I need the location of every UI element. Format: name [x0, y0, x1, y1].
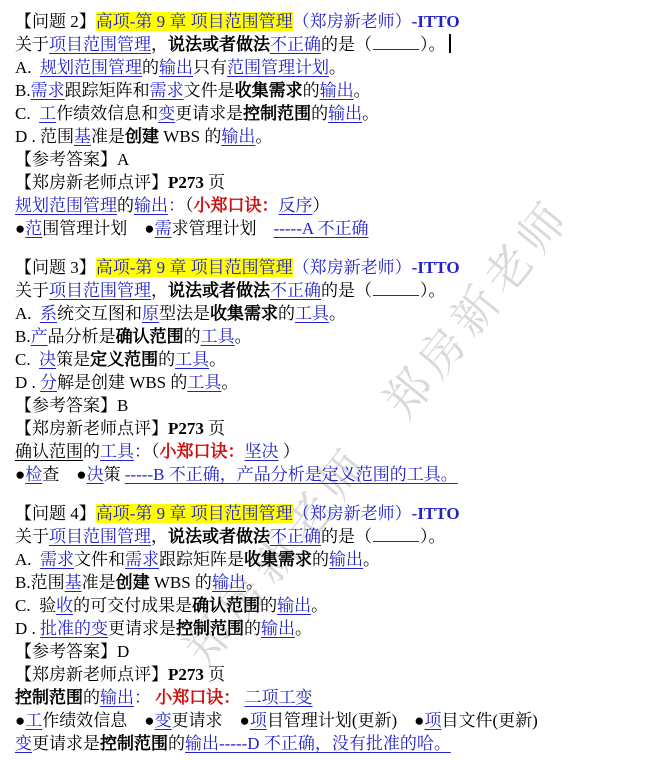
text-run: 小郑口诀：	[160, 442, 245, 461]
blank-field	[373, 281, 419, 296]
text-run: 求管理计划	[172, 219, 257, 238]
text-run: C.	[15, 104, 39, 123]
text-run: 【郑房新老师点评】	[15, 173, 168, 192]
text-run: 目管理计划(更新)	[267, 711, 397, 730]
text-run: B.	[15, 327, 31, 346]
text-line: 关于项目范围管理，说法或者做法不正确的是（）。	[15, 33, 650, 56]
text-run: 跟踪矩阵是	[159, 550, 244, 569]
text-line: 【参考答案】A	[15, 148, 650, 171]
text-run: 【参考答案】	[15, 396, 117, 415]
text-run: ●	[223, 711, 250, 730]
text-run: 说法或者做法	[168, 527, 270, 546]
text-run: 的是（	[321, 35, 372, 54]
document-page: 郑房新老师 郑房新老师 【问题 2】高项-第 9 章 项目范围管理（郑房新老师）…	[0, 0, 660, 760]
link-text[interactable]: 输出	[320, 81, 354, 100]
text-run: 解是创建 WBS 的	[57, 373, 187, 392]
text-run: 跟踪矩阵和	[65, 81, 150, 100]
text-run: ●	[127, 711, 154, 730]
text-run: 。	[209, 350, 226, 369]
link-text[interactable]: 检	[25, 465, 42, 484]
text-run: P273	[168, 419, 204, 438]
text-run: 的	[244, 619, 261, 638]
text-run: 页	[204, 665, 225, 684]
text-run: 确认范围	[15, 442, 83, 461]
text-line: 【参考答案】D	[15, 640, 650, 663]
text-run: C.	[15, 596, 39, 615]
text-run: ）。	[420, 281, 446, 300]
text-run: 准是	[82, 573, 116, 592]
text-run: 收集需求	[244, 550, 312, 569]
text-run: 。	[255, 127, 272, 146]
text-run: A.	[15, 550, 40, 569]
question-block-q4: 【问题 4】高项-第 9 章 项目范围管理（郑房新老师）-ITTO关于项目范围管…	[15, 502, 650, 755]
text-run: （郑房新老师）	[293, 258, 412, 277]
link-text[interactable]: 批准的变	[40, 619, 108, 638]
link-text[interactable]: 输出	[328, 104, 362, 123]
text-run: A.	[15, 58, 40, 77]
link-text[interactable]: 工具	[187, 373, 221, 392]
link-text[interactable]: 工	[25, 711, 42, 730]
link-text[interactable]: 项	[424, 711, 441, 730]
text-run: ，	[151, 527, 168, 546]
text-line: ●范围管理计划 ●需求管理计划 -----A 不正确	[15, 217, 650, 240]
question-block-q3: 【问题 3】高项-第 9 章 项目范围管理（郑房新老师）-ITTO关于项目范围管…	[15, 256, 650, 486]
text-run: 确认范围	[192, 596, 260, 615]
link-text[interactable]: 需求	[40, 550, 74, 569]
text-run: D .	[15, 127, 40, 146]
text-run: P273	[168, 173, 204, 192]
text-run: B.	[15, 573, 31, 592]
text-run: 小郑口诀：	[155, 688, 240, 707]
text-run: （	[151, 442, 160, 461]
text-run: 。	[295, 619, 312, 638]
text-line: 确认范围的工具：（小郑口诀：坚决 ）	[15, 440, 650, 463]
link-text[interactable]: 输出	[212, 573, 246, 592]
text-run: 范围	[40, 127, 74, 146]
text-run: 统交互图和	[57, 304, 142, 323]
document-body: 【问题 2】高项-第 9 章 项目范围管理（郑房新老师）-ITTO关于项目范围管…	[0, 0, 660, 755]
text-line: D . 批准的变更请求是控制范围的输出。	[15, 617, 650, 640]
text-line: D . 范围基准是创建 WBS 的输出。	[15, 125, 650, 148]
text-run: 【问题 4】	[15, 504, 96, 523]
text-run: D .	[15, 373, 40, 392]
text-run: A.	[15, 304, 40, 323]
text-run: 更请求是	[108, 619, 176, 638]
link-text[interactable]: 工具	[100, 442, 134, 461]
text-run: 【参考答案】	[15, 150, 117, 169]
link-text[interactable]: 工具	[201, 327, 235, 346]
text-run: WBS 的	[159, 127, 221, 146]
text-run: 的	[184, 327, 201, 346]
link-text[interactable]: 需	[155, 219, 172, 238]
text-run: 定义范围	[90, 350, 158, 369]
link-text[interactable]: 输出	[329, 550, 363, 569]
link-text[interactable]: 项目范围管理	[49, 281, 151, 300]
text-line: 控制范围的输出： 小郑口诀： 二项工变	[15, 686, 650, 709]
text-run: -ITTO	[412, 258, 460, 277]
link-text[interactable]: 决	[39, 350, 56, 369]
text-line: C. 决策是定义范围的工具。	[15, 348, 650, 371]
text-line: ●检查 ●决策 -----B 不正确，产品分析是定义范围的工具。	[15, 463, 650, 486]
text-run: 的	[311, 104, 328, 123]
link-text[interactable]: 规划范围管理	[15, 196, 117, 215]
text-run: D .	[15, 619, 40, 638]
text-run: 目文件(更新)	[441, 711, 537, 730]
text-line: A. 规划范围管理的输出只有范围管理计划。	[15, 56, 650, 79]
text-run: 只有	[193, 58, 227, 77]
text-run: 的可交付成果是	[73, 596, 192, 615]
text-line: B.范围基准是创建 WBS 的输出。	[15, 571, 650, 594]
text-run: 型法是	[159, 304, 210, 323]
link-text[interactable]: 工	[39, 104, 56, 123]
text-run: ）。	[420, 527, 446, 546]
text-run: 页	[204, 173, 225, 192]
text-run: 关于	[15, 35, 49, 54]
text-run: 关于	[15, 281, 49, 300]
text-run: ，	[151, 35, 168, 54]
text-run: 的	[312, 550, 329, 569]
text-run: ●	[127, 219, 154, 238]
text-run: 的	[117, 196, 134, 215]
link-text[interactable]: 变	[155, 711, 172, 730]
link-text[interactable]: 输出	[261, 619, 295, 638]
link-text[interactable]: 系	[40, 304, 57, 323]
link-text[interactable]: 不正确	[270, 527, 321, 546]
text-run: 。	[363, 550, 380, 569]
link-text[interactable]: 输出	[277, 596, 311, 615]
link-text[interactable]: 坚决	[245, 442, 279, 461]
link-text[interactable]: 基	[65, 573, 82, 592]
text-run: 。	[246, 573, 263, 592]
text-run: 。	[221, 373, 238, 392]
text-run: 控制范围	[15, 688, 83, 707]
text-run: 。	[329, 58, 346, 77]
link-text[interactable]: 需求	[125, 550, 159, 569]
text-run: 的	[83, 688, 100, 707]
text-run: 收集需求	[210, 304, 278, 323]
link-text[interactable]: 需求	[150, 81, 184, 100]
text-run: 控制范围	[176, 619, 244, 638]
text-run: 创建	[125, 127, 159, 146]
text-line: ●工作绩效信息 ●变更请求 ●项目管理计划(更新) ●项目文件(更新)	[15, 709, 650, 732]
text-run: 更请求是	[175, 104, 243, 123]
highlight-text: 高项-第 9 章 项目范围管理	[96, 258, 293, 277]
link-text[interactable]: 工具	[295, 304, 329, 323]
text-run: ：	[168, 196, 185, 215]
text-line: 变更请求是控制范围的输出-----D 不正确，没有批准的哈。	[15, 732, 650, 755]
link-text[interactable]: 原	[142, 304, 159, 323]
link-text[interactable]: 输出	[159, 58, 193, 77]
link-text[interactable]: 工具	[175, 350, 209, 369]
text-run: 控制范围	[243, 104, 311, 123]
text-run: ●	[397, 711, 424, 730]
text-line: 【问题 3】高项-第 9 章 项目范围管理（郑房新老师）-ITTO	[15, 256, 650, 279]
text-run: 准是	[91, 127, 125, 146]
text-line: 【参考答案】B	[15, 394, 650, 417]
text-run: 的	[303, 81, 320, 100]
link-text[interactable]: 基	[74, 127, 91, 146]
text-run: B	[117, 396, 128, 415]
link-text[interactable]: 项目范围管理	[49, 527, 151, 546]
link-text[interactable]: 项	[250, 711, 267, 730]
link-text[interactable]: 输出	[221, 127, 255, 146]
text-run: 关于	[15, 527, 49, 546]
text-line: 关于项目范围管理，说法或者做法不正确的是（）。	[15, 279, 650, 302]
link-text[interactable]: 输出	[100, 688, 134, 707]
text-line: A. 需求文件和需求跟踪矩阵是收集需求的输出。	[15, 548, 650, 571]
text-line: 【郑房新老师点评】P273 页	[15, 171, 650, 194]
link-text[interactable]: -----B 不正确，产品分析是定义范围的工具。	[125, 465, 458, 484]
text-run: 的	[158, 350, 175, 369]
text-run: 的	[260, 596, 277, 615]
text-run: 的	[83, 442, 100, 461]
link-text[interactable]: 决	[87, 465, 104, 484]
text-run: 创建	[116, 573, 150, 592]
link-text[interactable]: 范围管理计划	[227, 58, 329, 77]
text-run: 范围	[31, 573, 65, 592]
text-run: B.	[15, 81, 31, 100]
text-run: 收集需求	[235, 81, 303, 100]
text-run: ●	[15, 219, 25, 238]
text-run: 的	[142, 58, 159, 77]
blank-field	[373, 527, 419, 542]
link-text[interactable]: -----A 不正确	[274, 219, 369, 238]
text-line: D . 分解是创建 WBS 的工具。	[15, 371, 650, 394]
highlight-text: 高项-第 9 章 项目范围管理	[96, 12, 293, 31]
text-run: 【问题 2】	[15, 12, 96, 31]
text-run: 作绩效信息和	[56, 104, 158, 123]
text-run: 页	[204, 419, 225, 438]
text-run: 【问题 3】	[15, 258, 96, 277]
text-run: （郑房新老师）	[293, 12, 412, 31]
text-run: ）	[313, 196, 330, 215]
link-text[interactable]: 变	[15, 734, 32, 753]
text-run: 策是	[56, 350, 90, 369]
text-line: 【问题 4】高项-第 9 章 项目范围管理（郑房新老师）-ITTO	[15, 502, 650, 525]
highlight-text: 高项-第 9 章 项目范围管理	[96, 504, 293, 523]
text-run: 。	[354, 81, 371, 100]
text-run: D	[117, 642, 129, 661]
text-run: （郑房新老师）	[293, 504, 412, 523]
text-cursor	[449, 34, 451, 53]
text-run: ）	[279, 442, 300, 461]
text-line: 【郑房新老师点评】P273 页	[15, 663, 650, 686]
link-text[interactable]: 不正确	[270, 281, 321, 300]
blank-field	[373, 35, 419, 50]
text-line: B.需求跟踪矩阵和需求文件是收集需求的输出。	[15, 79, 650, 102]
text-line: C. 工作绩效信息和变更请求是控制范围的输出。	[15, 102, 650, 125]
link-text[interactable]: 范	[25, 219, 42, 238]
link-text[interactable]: 反序	[279, 196, 313, 215]
text-run: 小郑口诀：	[194, 196, 279, 215]
link-text[interactable]: 收	[56, 596, 73, 615]
text-run: 的是（	[321, 527, 372, 546]
link-text[interactable]: 不正确	[270, 35, 321, 54]
text-run: 的是（	[321, 281, 372, 300]
text-run: 品分析是	[48, 327, 116, 346]
text-run: 更请求	[172, 711, 223, 730]
text-run: 。	[235, 327, 252, 346]
text-line: 【郑房新老师点评】P273 页	[15, 417, 650, 440]
link-text[interactable]: 项目范围管理	[49, 35, 151, 54]
text-run: P273	[168, 665, 204, 684]
text-run: 【参考答案】	[15, 642, 117, 661]
text-line: 【问题 2】高项-第 9 章 项目范围管理（郑房新老师）-ITTO	[15, 10, 650, 33]
link-text[interactable]: 输出-----D 不正确，没有批准的哈。	[185, 734, 451, 753]
text-run: 文件是	[184, 81, 235, 100]
text-run: WBS 的	[150, 573, 212, 592]
text-run: 控制范围	[100, 734, 168, 753]
text-run: 作绩效信息	[42, 711, 127, 730]
text-run: ：	[134, 688, 151, 707]
text-line: 规划范围管理的输出：（小郑口诀：反序）	[15, 194, 650, 217]
text-run: 查	[42, 465, 59, 484]
link-text[interactable]: 输出	[134, 196, 168, 215]
text-run: 。	[329, 304, 346, 323]
text-run: 【郑房新老师点评】	[15, 419, 168, 438]
text-run: 确认范围	[116, 327, 184, 346]
text-run: -ITTO	[412, 12, 460, 31]
link-text[interactable]: 产	[31, 327, 48, 346]
text-run: ●	[59, 465, 86, 484]
text-run: 。	[362, 104, 379, 123]
link-text[interactable]: 变	[158, 104, 175, 123]
text-run: A	[117, 150, 129, 169]
question-block-q2: 【问题 2】高项-第 9 章 项目范围管理（郑房新老师）-ITTO关于项目范围管…	[15, 10, 650, 240]
text-run	[257, 219, 274, 238]
text-run: ：	[134, 442, 151, 461]
text-run: 验	[39, 596, 56, 615]
link-text[interactable]: 规划范围管理	[40, 58, 142, 77]
text-run: 说法或者做法	[168, 281, 270, 300]
text-run: 的	[168, 734, 185, 753]
text-run: 围管理计划	[42, 219, 127, 238]
text-line: A. 系统交互图和原型法是收集需求的工具。	[15, 302, 650, 325]
text-run: （	[185, 196, 194, 215]
link-text[interactable]: 分	[40, 373, 57, 392]
text-run: 。	[311, 596, 328, 615]
text-line: C. 验收的可交付成果是确认范围的输出。	[15, 594, 650, 617]
text-run: ●	[15, 465, 25, 484]
text-line: 关于项目范围管理，说法或者做法不正确的是（）。	[15, 525, 650, 548]
text-run: 的	[278, 304, 295, 323]
text-run: 说法或者做法	[168, 35, 270, 54]
text-line: B.产品分析是确认范围的工具。	[15, 325, 650, 348]
text-run: C.	[15, 350, 39, 369]
text-run: ）。	[420, 35, 446, 54]
link-text[interactable]: 二项工变	[245, 688, 313, 707]
text-run: ●	[15, 711, 25, 730]
link-text[interactable]: 需求	[31, 81, 65, 100]
text-run: ，	[151, 281, 168, 300]
text-run: 更请求是	[32, 734, 100, 753]
text-run: 文件和	[74, 550, 125, 569]
text-run: 【郑房新老师点评】	[15, 665, 168, 684]
text-run: 策	[104, 465, 125, 484]
page: { "page": { "background": "#FFFFFF" }, "…	[0, 0, 660, 760]
text-run: -ITTO	[412, 504, 460, 523]
